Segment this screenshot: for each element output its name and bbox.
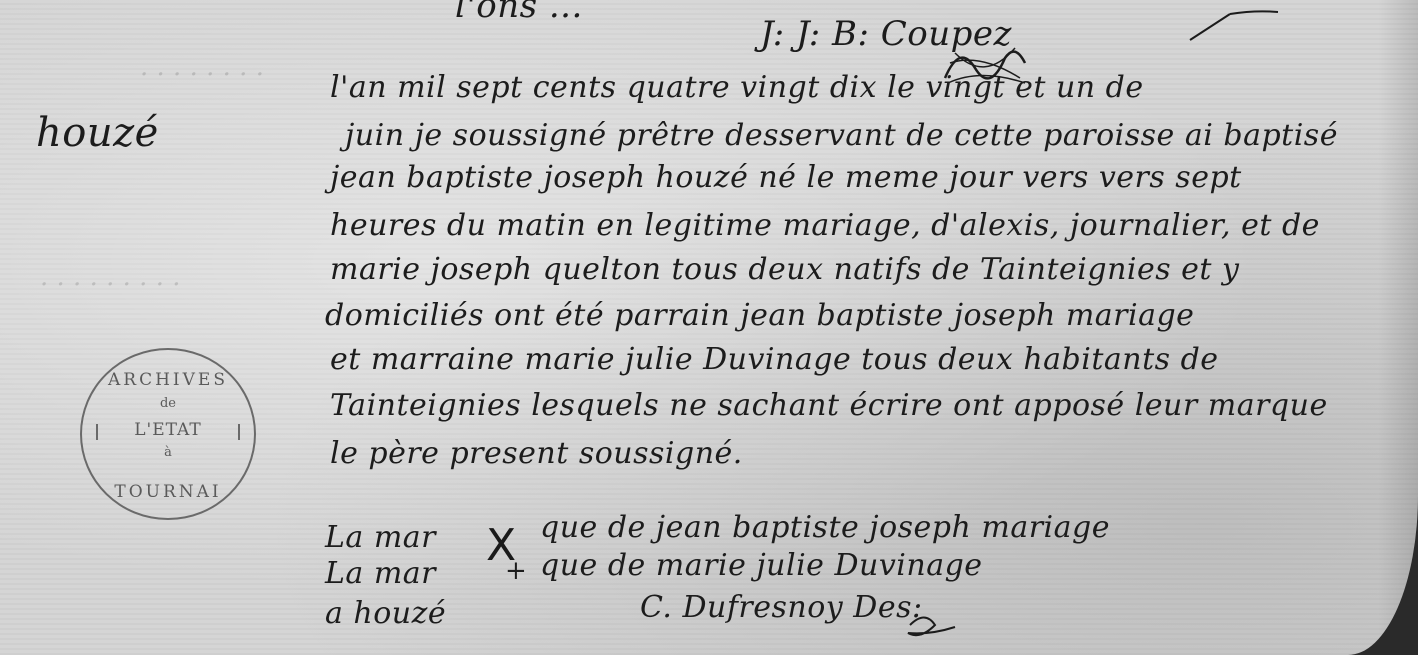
record-line-6: domiciliés ont été parrain jean baptiste… [325, 298, 1194, 333]
stamp-de-text: de [82, 396, 254, 411]
record-line-8: Tainteignies lesquels ne sachant écrire … [330, 388, 1328, 423]
document-page: · · · · · · · · · · · · · · · · · l'ons … [0, 0, 1418, 655]
header-top-fragment: l'ons ... [455, 0, 583, 26]
record-line-2: juin je soussigné prêtre desservant de c… [345, 118, 1338, 153]
signature-line-1-text: que de jean baptiste joseph mariage [540, 510, 1110, 545]
stamp-middle-text: L'ETAT [82, 420, 254, 440]
signature-line-2-prefix: La mar [325, 556, 436, 591]
cross-mark-icon: + [505, 556, 527, 586]
record-line-9: le père present soussigné. [330, 436, 743, 471]
stamp-top-text: ARCHIVES [82, 370, 254, 390]
record-line-4: heures du matin en legitime mariage, d'a… [330, 208, 1320, 243]
signature-line-1-prefix: La mar [325, 520, 436, 555]
stamp-bar-right [238, 424, 240, 440]
signature-line-3-prefix: a houzé [325, 596, 446, 631]
record-line-5: marie joseph quelton tous deux natifs de… [330, 252, 1239, 287]
page-edge-shadow [1378, 0, 1418, 655]
signature-line-2-text: que de marie julie Duvinage [540, 548, 983, 583]
priest-signature: C. Dufresnoy Des: [640, 590, 923, 625]
bleed-through-text: · · · · · · · · · [40, 270, 181, 300]
pen-stroke-icon [1080, 2, 1280, 42]
bleed-through-text: · · · · · · · · [140, 60, 264, 90]
margin-name: houzé [36, 110, 159, 156]
signature-flourish-icon [900, 605, 960, 645]
record-line-1: l'an mil sept cents quatre vingt dix le … [330, 70, 1144, 105]
stamp-a-text: à [82, 445, 254, 460]
stamp-bottom-text: TOURNAI [82, 482, 254, 502]
archive-stamp: ARCHIVES de L'ETAT à TOURNAI [80, 348, 256, 520]
record-line-3: jean baptiste joseph houzé né le meme jo… [330, 160, 1242, 195]
record-line-7: et marraine marie julie Duvinage tous de… [330, 342, 1219, 377]
